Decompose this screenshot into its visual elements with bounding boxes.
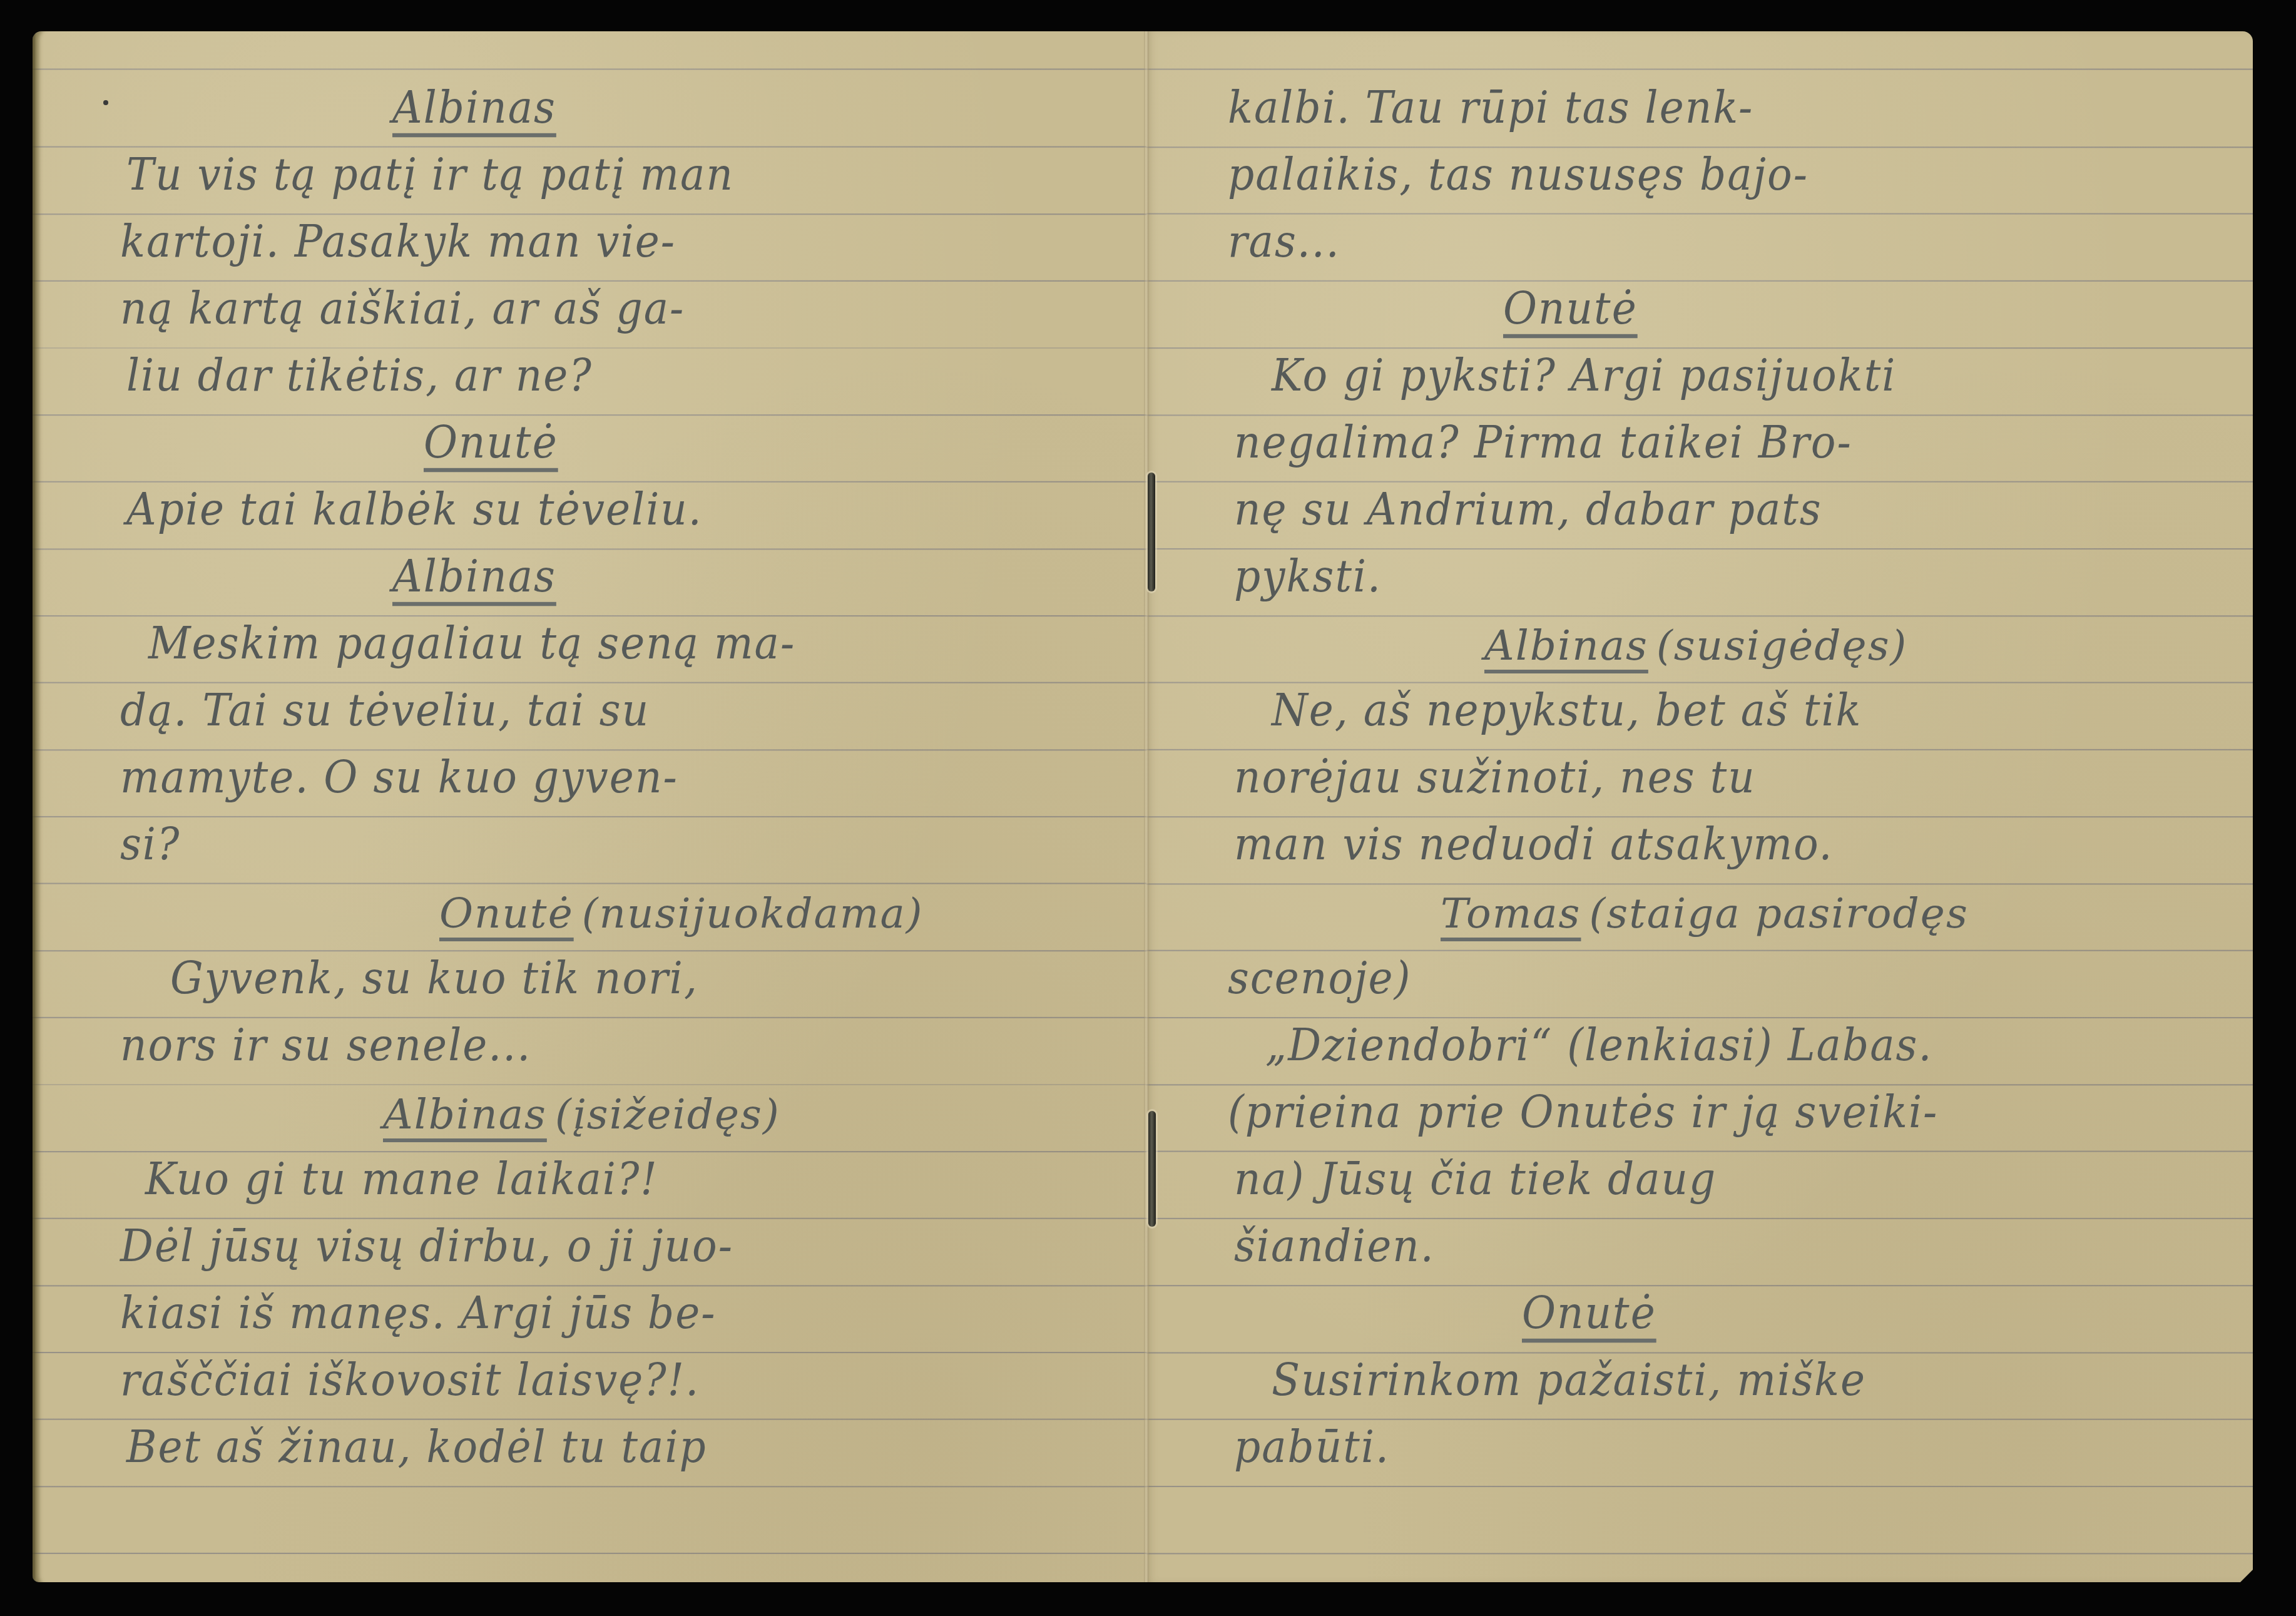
speaker-name: Albinas (392, 71, 556, 143)
speaker-heading: Albinas (susigėdęs) (1484, 612, 1907, 679)
dialogue-line: Gyvenk, su kuo tik nori, (170, 941, 698, 1014)
dialogue-line: liu dar tikėtis, ar ne? (126, 339, 593, 411)
dialogue-line: Apie tai kalbėk su tėveliu. (126, 473, 703, 545)
dialogue-line: kalbi. Tau rūpi tas lenk- (1228, 71, 1753, 143)
speaker-name: Albinas (392, 540, 556, 612)
staple-icon (1148, 473, 1155, 591)
dialogue-line: Kuo gi tu mane laikai?! (145, 1142, 658, 1215)
dialogue-line: Tu vis tą patį ir tą patį man (126, 138, 734, 210)
dialogue-line: na) Jūsų čia tiek daug (1234, 1142, 1717, 1215)
speaker-name: Onutė (424, 406, 558, 478)
left-page: Albinas Tu vis tą patį ir tą patį man ka… (33, 31, 1146, 1582)
dialogue-line: rašččiai iškovosit laisvę?!. (120, 1343, 700, 1416)
dialogue-line: nę su Andrium, dabar pats (1234, 473, 1822, 545)
speaker-heading: Onutė (nusijuokdama) (439, 880, 924, 947)
dialogue-line: nors ir su senele... (120, 1008, 531, 1081)
speaker-name: Tomas (1441, 889, 1581, 938)
speaker-heading: Tomas (staiga pasirodęs (1441, 880, 1969, 947)
dialogue-line: Bet aš žinau, kodėl tu taip (126, 1410, 707, 1483)
speaker-name: Onutė (1522, 1276, 1656, 1349)
dialogue-line: dą. Tai su tėveliu, tai su (120, 673, 650, 746)
ink-speck (103, 100, 108, 105)
speaker-name: Albinas (383, 1090, 547, 1138)
notebook-spread: Albinas Tu vis tą patį ir tą patį man ka… (33, 31, 2253, 1582)
dialogue-line: ras... (1228, 205, 1340, 277)
dialogue-line: palaikis, tas nususęs bajo- (1228, 138, 1809, 210)
dialogue-line: norėjau sužinoti, nes tu (1234, 740, 1756, 813)
stage-direction: (susigėdęs) (1656, 621, 1907, 670)
dialogue-line: Ko gi pyksti? Argi pasijuokti (1272, 339, 1896, 411)
dialogue-line: „Dziendobri“ (lenkiasi) Labas. (1265, 1008, 1932, 1081)
dialogue-line: mamyte. O su kuo gyven- (120, 740, 678, 813)
dialogue-line: Ne, aš nepykstu, bet aš tik (1272, 673, 1862, 746)
dialogue-line: ną kartą aiškiai, ar aš ga- (120, 272, 685, 344)
speaker-name: Onutė (1503, 272, 1638, 344)
dialogue-line: negalima? Pirma taikei Bro- (1234, 406, 1852, 478)
speaker-name: Albinas (1484, 621, 1648, 670)
dialogue-line: kartoji. Pasakyk man vie- (120, 205, 676, 277)
right-page: kalbi. Tau rūpi tas lenk- palaikis, tas … (1146, 31, 2253, 1582)
staple-icon (1148, 1111, 1156, 1227)
dialogue-line: šiandien. (1234, 1209, 1435, 1282)
speaker-name: Onutė (439, 889, 574, 938)
dialogue-line: pabūti. (1234, 1410, 1390, 1483)
stage-direction: (įsižeidęs) (555, 1090, 780, 1138)
dialogue-line: man vis neduodi atsakymo. (1234, 807, 1834, 880)
dialogue-line: Dėl jūsų visų dirbu, o ji juo- (120, 1209, 733, 1282)
dialogue-line: kiasi iš manęs. Argi jūs be- (120, 1276, 717, 1349)
dialogue-line: pyksti. (1234, 540, 1382, 612)
binding-gutter (1144, 31, 1149, 1582)
dialogue-line: (prieina prie Onutės ir ją sveiki- (1228, 1075, 1938, 1148)
dialogue-line: si? (120, 807, 180, 880)
speaker-heading: Albinas (įsižeidęs) (383, 1081, 780, 1148)
dialogue-line: Susirinkom pažaisti, miške (1272, 1343, 1866, 1416)
dialogue-line: scenoje) (1228, 941, 1411, 1014)
stage-direction: (nusijuokdama) (582, 889, 924, 938)
stage-direction: (staiga pasirodęs (1589, 889, 1969, 938)
dialogue-line: Meskim pagaliau tą seną ma- (148, 606, 795, 679)
